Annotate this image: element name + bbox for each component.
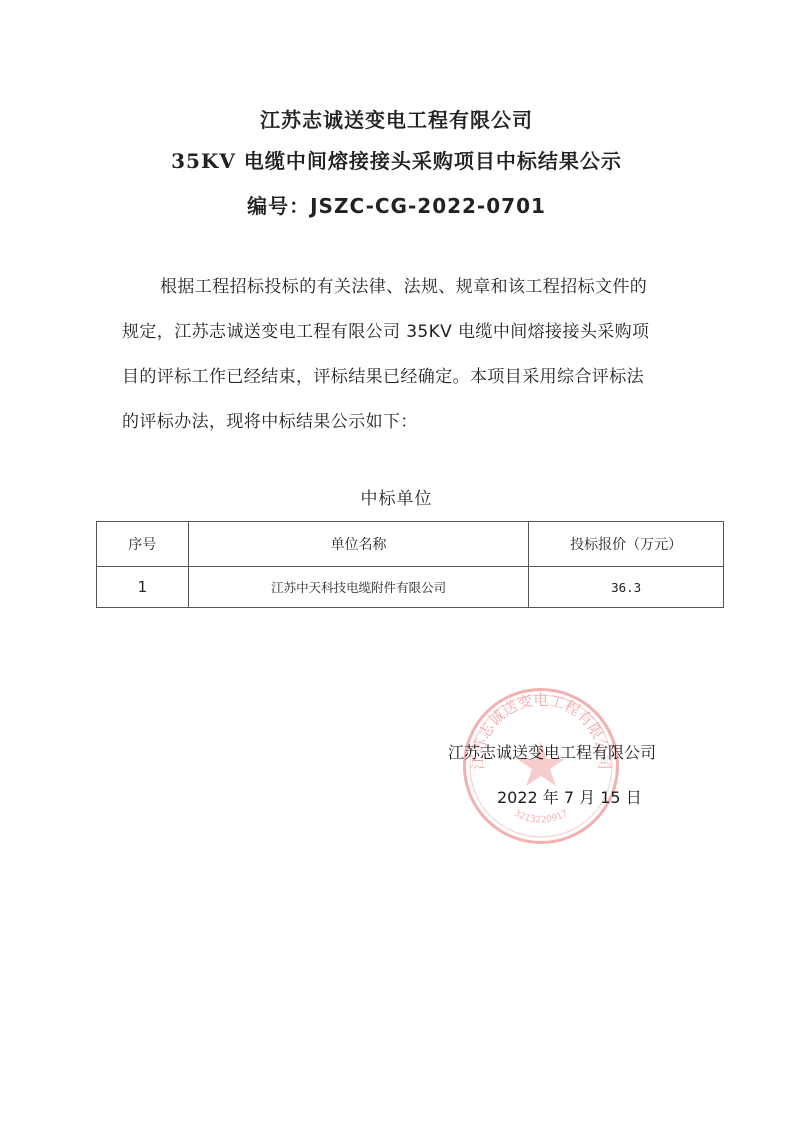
cell-company-name: 江苏中天科技电缆附件有限公司 — [188, 567, 528, 608]
document-title-company: 江苏志诚送变电工程有限公司 — [0, 104, 793, 133]
body-line: 根据工程招标投标的有关法律、法规、规章和该工程招标文件的 — [122, 265, 692, 310]
header-company-name: 单位名称 — [188, 522, 528, 567]
body-line: 目的评标工作已经结束，评标结果已经确定。本项目采用综合评标法 — [122, 355, 692, 400]
document-number: 编号：JSZC-CG-2022-0701 — [0, 190, 793, 219]
table-header-row: 序号 单位名称 投标报价（万元） — [97, 522, 724, 567]
header-index: 序号 — [97, 522, 189, 567]
document-title-notice: 35KV 电缆中间熔接接头采购项目中标结果公示 — [0, 145, 793, 174]
company-seal-stamp: 江苏志诚送变电工程有限公司 3213220917 — [463, 688, 619, 844]
table-row: 1 江苏中天科技电缆附件有限公司 36.3 — [97, 567, 724, 608]
body-paragraph: 根据工程招标投标的有关法律、法规、规章和该工程招标文件的 规定，江苏志诚送变电工… — [122, 265, 692, 445]
header-bid-price: 投标报价（万元） — [529, 522, 724, 567]
seal-icon: 江苏志诚送变电工程有限公司 3213220917 — [463, 688, 619, 844]
signature-date: 2022 年 7 月 15 日 — [497, 785, 642, 808]
winning-bidder-table: 序号 单位名称 投标报价（万元） 1 江苏中天科技电缆附件有限公司 36.3 — [96, 521, 724, 608]
cell-index: 1 — [97, 567, 189, 608]
cell-bid-price: 36.3 — [529, 567, 724, 608]
table-caption: 中标单位 — [0, 484, 793, 509]
signature-company: 江苏志诚送变电工程有限公司 — [448, 740, 656, 763]
body-line: 的评标办法，现将中标结果公示如下： — [122, 400, 692, 445]
body-line: 规定，江苏志诚送变电工程有限公司 35KV 电缆中间熔接接头采购项 — [122, 310, 692, 355]
seal-code-text: 3213220917 — [512, 809, 570, 826]
